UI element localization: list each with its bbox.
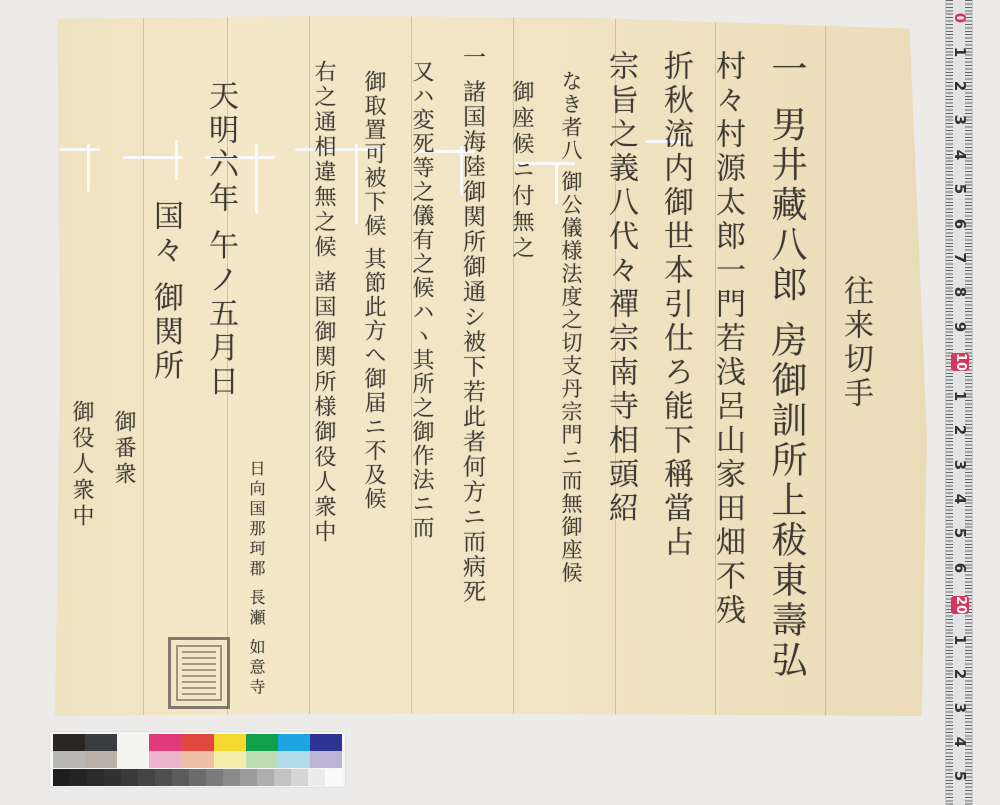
text-column: 一 男井藏八郎 房御訓所上秡東壽弘 — [768, 50, 804, 681]
color-swatch — [85, 734, 117, 751]
measuring-ruler: 0123456789101234562012345 — [945, 0, 973, 805]
paper-tear — [255, 144, 258, 214]
paper-tear — [555, 164, 558, 204]
ruler-number: 5 — [951, 767, 969, 785]
addressee-officials: 御役人衆中 — [70, 400, 92, 530]
ruler-number: 4 — [951, 490, 969, 508]
ruler-number: 4 — [951, 146, 969, 164]
ruler-number: 1 — [951, 631, 969, 649]
ruler-number: 7 — [951, 249, 969, 267]
paper-tear — [123, 156, 183, 159]
color-swatch — [206, 769, 223, 786]
paper-tear — [355, 144, 358, 224]
seal-pattern — [182, 651, 216, 695]
color-swatch — [246, 751, 278, 768]
color-swatch — [214, 751, 246, 768]
ruler-number: 20 — [951, 596, 969, 614]
ruler-number: 5 — [951, 180, 969, 198]
color-swatch — [257, 769, 274, 786]
ruler-number: 0 — [951, 9, 969, 27]
color-swatch — [214, 734, 246, 751]
ruler-number: 6 — [951, 215, 969, 233]
addressee-column: 国々 御関所 — [150, 200, 180, 384]
color-swatch — [240, 769, 257, 786]
ruler-number: 2 — [951, 77, 969, 95]
color-swatch — [291, 769, 308, 786]
color-swatch — [172, 769, 189, 786]
text-column: 御取置可被下候 其節此方へ御届ニ不及候 — [362, 70, 384, 511]
temple-seal — [168, 637, 230, 709]
text-column: 右之通相違無之候 諸国御関所様御役人衆中 — [312, 60, 334, 545]
color-swatch — [155, 769, 172, 786]
color-swatch — [308, 769, 325, 786]
fold-line — [143, 16, 144, 716]
color-swatch — [181, 751, 213, 768]
color-swatch — [104, 769, 121, 786]
ruler-number: 4 — [951, 733, 969, 751]
color-calibration-chart — [50, 732, 345, 787]
color-swatch — [310, 751, 342, 768]
ruler-number: 6 — [951, 559, 969, 577]
color-row-tint — [53, 751, 342, 768]
grayscale-row — [53, 769, 342, 786]
addressee-sub: 御番衆 — [112, 410, 134, 488]
color-swatch — [117, 734, 149, 751]
ruler-number: 3 — [951, 699, 969, 717]
color-swatch — [278, 751, 310, 768]
color-swatch — [53, 769, 70, 786]
color-row-primary — [53, 734, 342, 751]
color-swatch — [138, 769, 155, 786]
color-swatch — [149, 734, 181, 751]
paper-tear — [60, 148, 100, 151]
color-swatch — [310, 734, 342, 751]
color-swatch — [70, 769, 87, 786]
ruler-number: 8 — [951, 283, 969, 301]
text-column: 一 諸国海陸御関所御通シ被下若此者何方ニ而病死 — [460, 45, 483, 604]
color-swatch — [181, 734, 213, 751]
color-swatch — [53, 734, 85, 751]
fold-line — [309, 16, 310, 716]
color-swatch — [53, 751, 85, 768]
ruler-number: 1 — [951, 43, 969, 61]
ruler-number: 2 — [951, 665, 969, 683]
archival-scan: 往来切手 一 男井藏八郎 房御訓所上秡東壽弘 村々村源太郎一門若浅呂山家田畑不残… — [0, 0, 1000, 805]
color-swatch — [189, 769, 206, 786]
issuer-location: 日向国那珂郡 長瀬 如意寺 — [248, 460, 264, 698]
color-swatch — [274, 769, 291, 786]
text-column: 宗旨之義八代々禪宗南寺相頭紹 — [605, 50, 635, 526]
ruler-number: 1 — [951, 387, 969, 405]
ruler-number: 9 — [951, 318, 969, 336]
text-column: 御座候ニ付無之 — [510, 80, 532, 262]
paper-tear — [87, 144, 90, 192]
color-swatch — [223, 769, 240, 786]
date-column: 天明六年 午ノ五月日 — [205, 80, 235, 400]
fold-line — [825, 16, 826, 716]
color-swatch — [246, 734, 278, 751]
paper-tear — [175, 140, 178, 180]
ruler-number: 2 — [951, 421, 969, 439]
color-swatch — [278, 734, 310, 751]
color-swatch — [117, 751, 149, 768]
text-column: 又ハ変死等之儀有之候ハヽ其所之御作法ニ而 — [410, 60, 432, 540]
color-swatch — [325, 769, 342, 786]
color-swatch — [87, 769, 104, 786]
text-column: 村々村源太郎一門若浅呂山家田畑不残 — [712, 50, 742, 628]
title-column: 往来切手 — [840, 275, 870, 411]
color-swatch — [85, 751, 117, 768]
color-swatch — [149, 751, 181, 768]
text-column: 折秋流内御世本引仕ろ能下稱當占 — [660, 50, 690, 560]
ruler-number: 3 — [951, 456, 969, 474]
ruler-number: 3 — [951, 111, 969, 129]
color-swatch — [121, 769, 138, 786]
ruler-number: 10 — [951, 353, 969, 371]
ruler-number: 5 — [951, 524, 969, 542]
text-column: なき者八 御公儀様法度之切支丹宗門ニ而無御座候 — [560, 70, 581, 585]
